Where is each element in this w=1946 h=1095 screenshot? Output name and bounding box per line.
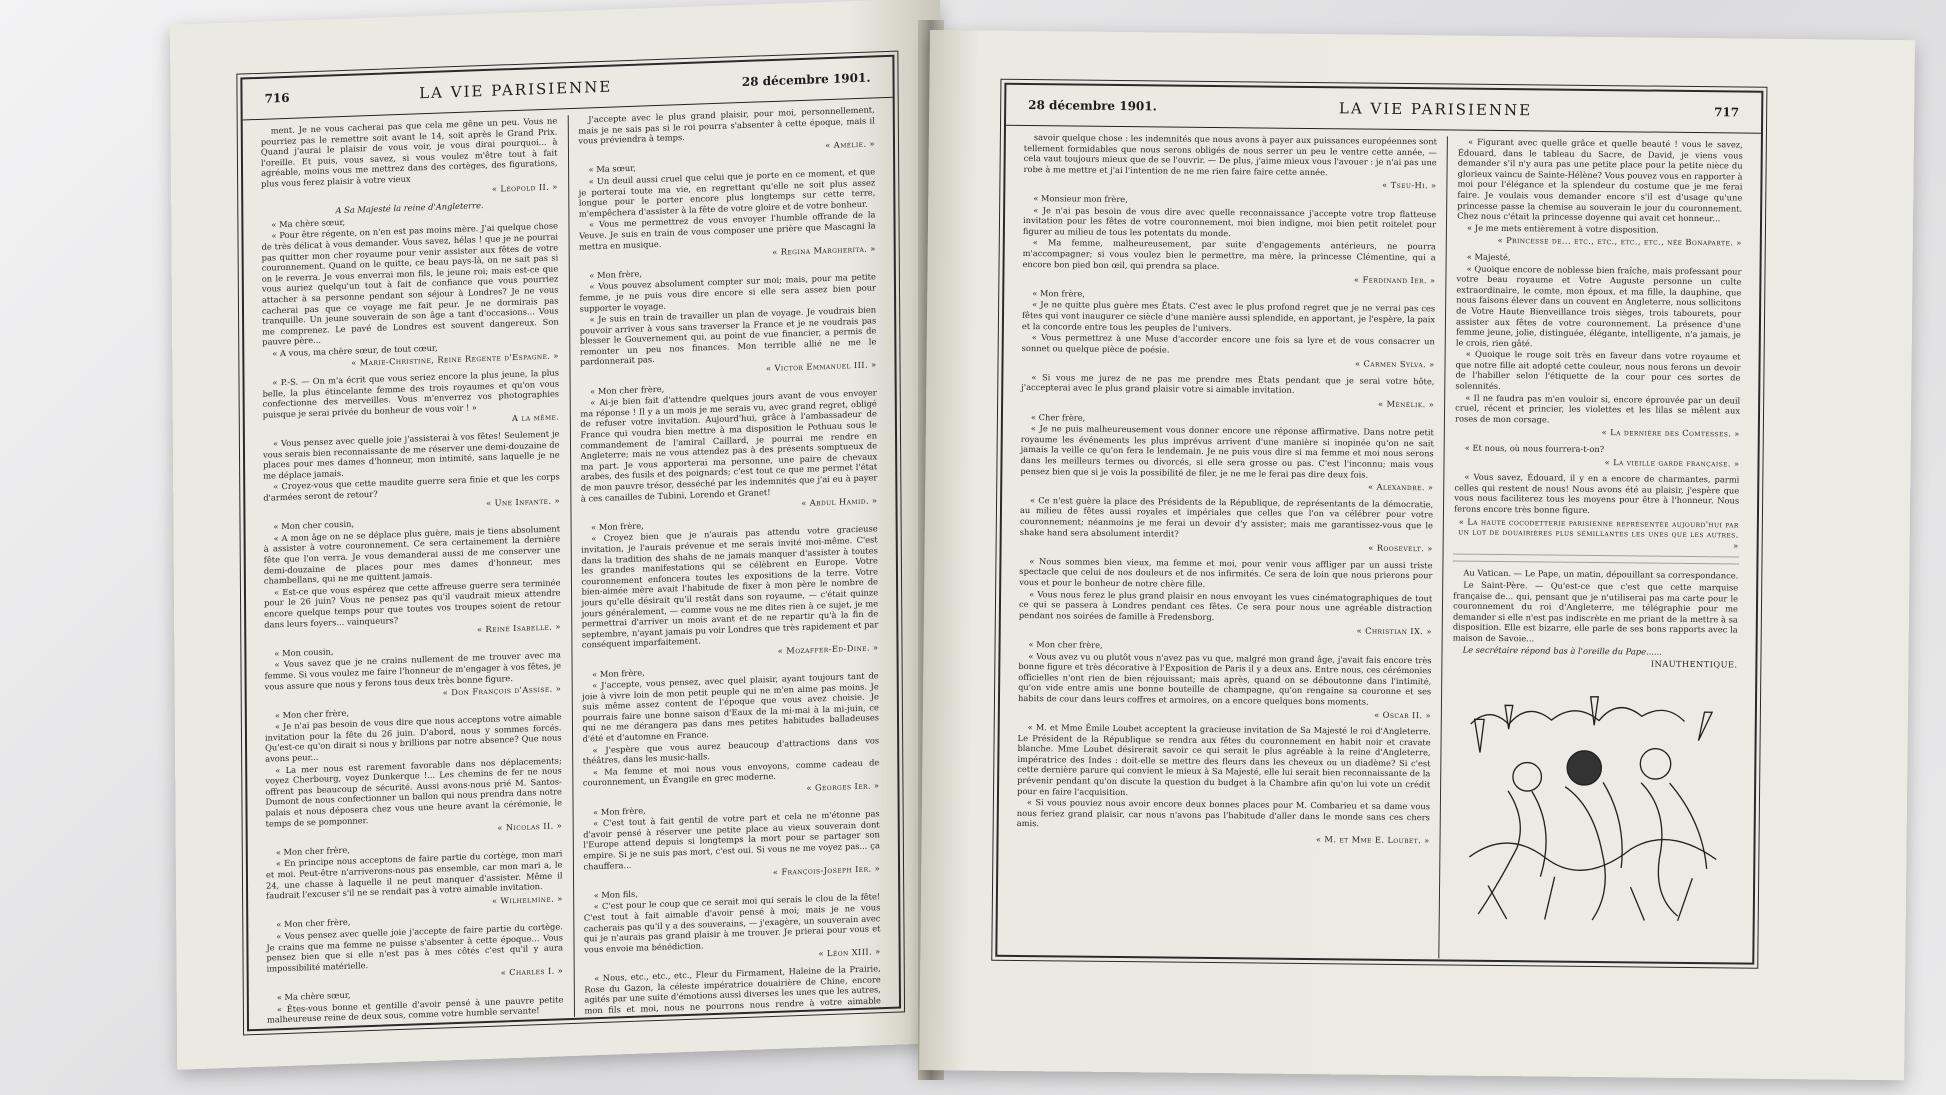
letter-signature: « Ménélik. » [1021, 395, 1434, 410]
issue-date: 28 décembre 1901. [742, 71, 871, 89]
letter-signature: « Ferdinand Ier. » [1022, 271, 1435, 286]
paragraph: « En principe nous acceptons de faire pa… [266, 849, 563, 902]
masthead-title: LA VIE PARISIENNE [1339, 99, 1532, 119]
paragraph: savoir quelque chose : les indemnités qu… [1023, 132, 1437, 179]
paragraph: « J'accepte, vous pensez, avec quel plai… [582, 670, 879, 744]
right-page: 28 décembre 1901. LA VIE PARISIENNE 717 … [919, 30, 1915, 1080]
left-page: 716 LA VIE PARISIENNE 28 décembre 1901. … [170, 0, 947, 1070]
paragraph: « Quoique encore de noblesse bien fraîch… [1456, 263, 1742, 351]
paragraph: « Si vous pouviez nous avoir encore deux… [1017, 797, 1430, 833]
italic-line: Le secrétaire répond bas à l'oreille du … [1453, 644, 1738, 658]
paragraph: « A mon âge on ne se déplace plus guère,… [264, 523, 561, 586]
left-column-1: ment. Je ne vous cacherai pas que cela m… [251, 115, 574, 1028]
right-column-2-text: « Figurant avec quelle grâce et quelle b… [1452, 137, 1742, 671]
paragraph: « Vous avez vu ou plutôt vous n'avez pas… [1018, 650, 1432, 707]
paragraph: « C'est tout à fait gentil de votre part… [583, 808, 880, 871]
paragraph: « Ce n'est guère la place des Présidents… [1020, 495, 1434, 542]
page-number: 716 [264, 91, 289, 106]
letter-signature: « Roosevelt. » [1020, 539, 1433, 554]
right-page-frame: 28 décembre 1901. LA VIE PARISIENNE 717 … [995, 83, 1763, 965]
letter-signature: « La haute cocodetterie parisienne repré… [1454, 516, 1739, 551]
paragraph: « Je me mets entièrement à votre disposi… [1457, 222, 1742, 236]
letter-signature: « Christian IX. » [1019, 622, 1432, 637]
paragraph: « Nous, etc., etc., etc., Fleur du Firma… [584, 963, 881, 1017]
paragraph: « Vous savez, Édouard, il y en a encore … [1454, 472, 1739, 517]
paragraph: Le Saint-Père. — Qu'est-ce que c'est que… [1453, 579, 1739, 646]
paragraph: « Croyez bien que je n'aurais pas attend… [581, 524, 878, 651]
page-number: 717 [1714, 105, 1739, 119]
paragraph: « Vous nous ferez le plus grand plaisir … [1019, 589, 1432, 625]
paragraph: « Je ne quitte plus guère mes États. C'e… [1022, 299, 1435, 335]
paragraph: « Je ne puis malheureusement vous donner… [1020, 423, 1434, 480]
dotted-separator [1454, 554, 1739, 565]
letter-signature: « Tseu-Hi. » [1023, 176, 1436, 191]
right-page-columns: savoir quelque chose : les indemnités qu… [997, 126, 1761, 968]
letter-signature: INAUTHENTIQUE. [1452, 657, 1737, 671]
paragraph: « Vous pensez avec quelle joie j'accepte… [266, 921, 563, 974]
paragraph: « Je n'ai pas besoin de vous dire avec q… [1023, 205, 1436, 241]
paragraph: « Nous sommes bien vieux, ma femme et mo… [1019, 556, 1432, 592]
paragraph: « Ma femme, malheureusement, par suite d… [1023, 237, 1436, 273]
paragraph: « Est-ce que vous espérez que cette affr… [264, 577, 561, 630]
paragraph: « P.-S. — On m'a écrit que vous seriez e… [262, 367, 559, 420]
paragraph: « Je suis en train de travailler un plan… [580, 304, 877, 367]
paragraph: « Si vous me jurez de ne pas me prendre … [1021, 372, 1434, 398]
paragraph: « Il ne faudra pas m'en vouloir si, enco… [1455, 392, 1740, 427]
right-column-1: savoir quelque chose : les indemnités qu… [1005, 132, 1447, 958]
letter-signature: « Princesse de... etc., etc., etc., etc.… [1457, 235, 1742, 249]
paragraph: « Quoique le rouge soit très en faveur d… [1455, 349, 1740, 394]
letter-signature: « Carmen Sylva. » [1021, 355, 1434, 370]
right-column-2: « Figurant avec quelle grâce et quelle b… [1438, 136, 1752, 961]
issue-date: 28 décembre 1901. [1028, 98, 1157, 113]
masthead-title: LA VIE PARISIENNE [419, 78, 612, 103]
letter-signature: « La vieille garde française. » [1455, 455, 1740, 469]
letter-signature: « M. et Mme E. Loubet. » [1017, 831, 1430, 846]
left-page-frame: 716 LA VIE PARISIENNE 28 décembre 1901. … [240, 55, 901, 1032]
paragraph: « Et nous, où nous fourrera-t-on? [1455, 443, 1740, 457]
illustration-drawing-icon [1450, 679, 1737, 932]
left-page-columns: ment. Je ne vous cacherai pas que cela m… [243, 98, 899, 1034]
letter-signature: « La dernière des Comtesses. » [1455, 426, 1740, 440]
paragraph: « Vous permettrez à une Muse d'accorder … [1022, 332, 1435, 358]
left-column-2: J'accepte avec le plus grand plaisir, po… [567, 104, 891, 1017]
paragraph: « Ai-je bien fait d'attendre quelques jo… [580, 388, 877, 504]
paragraph: « M. et Mme Émile Loubet acceptent la gr… [1017, 722, 1431, 800]
paragraph: « C'est pour le coup que ce serait moi q… [584, 892, 881, 955]
paragraph: « La mer nous est rarement favorable dan… [265, 755, 562, 829]
paragraph: ment. Je ne vous cacherai pas que cela m… [261, 115, 558, 189]
letter-signature: « Alexandre. » [1020, 478, 1433, 493]
paragraph: « Pour être régente, on n'en est pas moi… [261, 221, 558, 348]
letter-signature: « Oscar II. » [1018, 705, 1431, 720]
paragraph: « Figurant avec quelle grâce et quelle b… [1457, 137, 1743, 225]
